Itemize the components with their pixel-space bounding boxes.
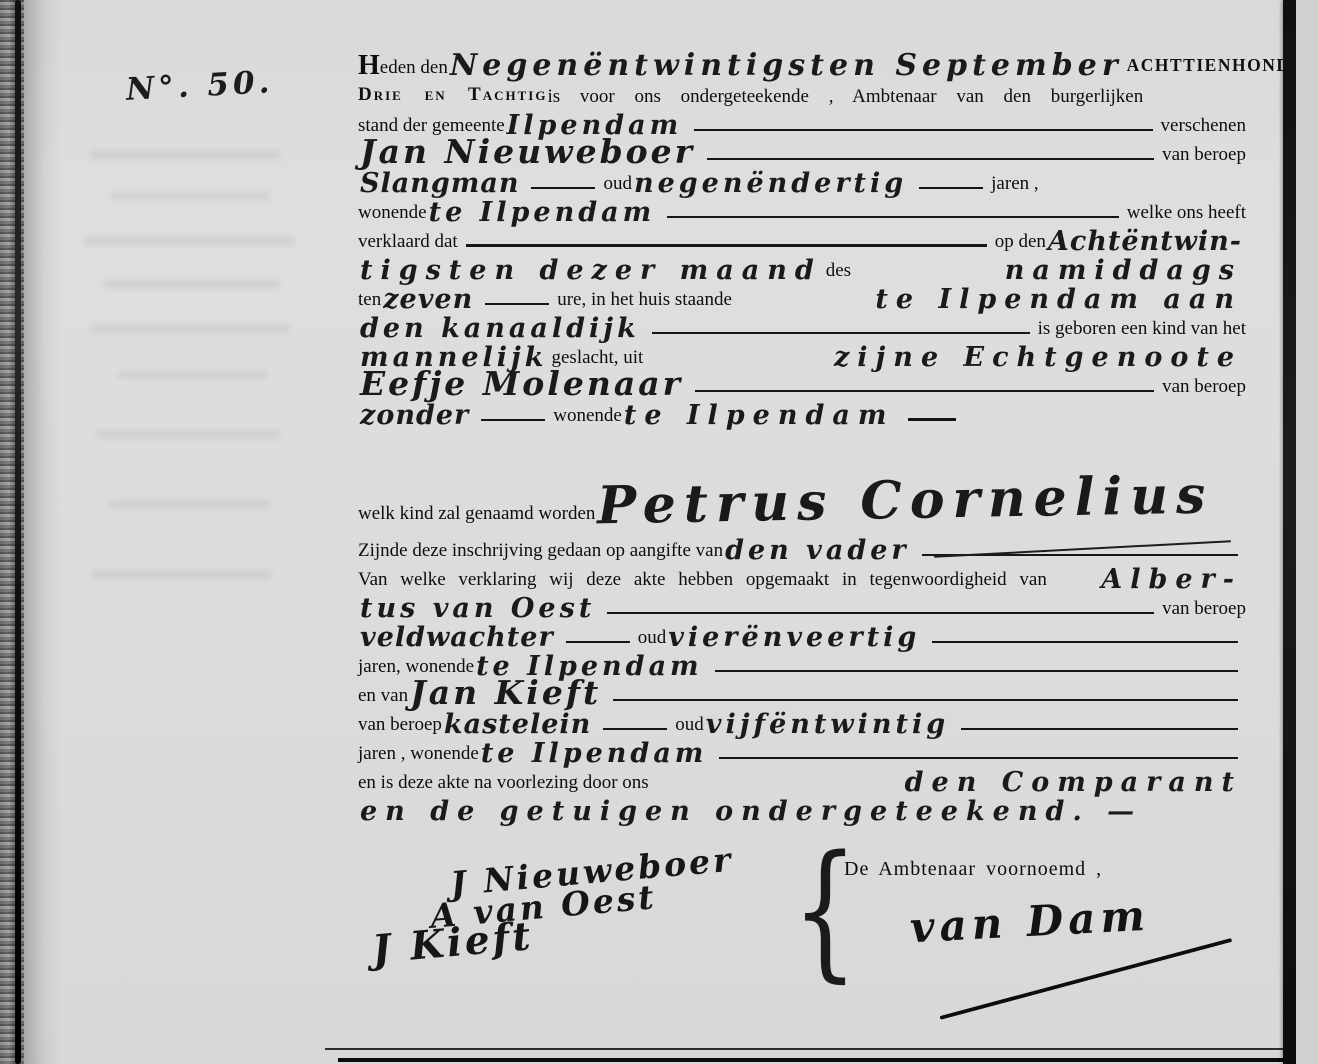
line-filler [694,129,1152,131]
line-filler [922,554,1238,556]
handwritten-text: Jan Nieuweboer [358,135,699,169]
line-filler [667,216,1119,218]
handwritten-text: vierënveertig [666,624,924,652]
line-filler [919,187,983,189]
bleedthrough-mark [118,370,268,379]
line-filler [607,612,1154,614]
printed-text: van beroep [358,715,442,739]
act-line: en de getuigen ondergeteekend. — [358,797,1246,826]
official-signature-area: De Ambtenaar voornoemd , van Dam [844,858,1254,946]
bleedthrough-mark [90,324,290,334]
printed-text: en is deze akte na voorlezing door ons [358,773,649,797]
act-line: Zijnde deze inschrijving gedaan op aangi… [358,536,1246,565]
binding-gutter-line [15,0,21,1064]
act-line: verklaard datop denAchtëntwin- [358,227,1246,256]
birth-certificate-scan: N°. 50. Heden denNegenëntwintigsten Sept… [0,0,1318,1064]
handwritten-text: zijne Echtgenoote [832,344,1246,372]
handwritten-text: vijfëntwintig [704,711,953,739]
line-filler [485,303,549,305]
printed-text: oud [638,628,667,652]
printed-text: verklaard dat [358,232,458,256]
line-filler [613,699,1238,701]
handwritten-text: zeven [381,286,477,314]
line-filler [566,641,630,643]
printed-text: welke ons heeft [1127,203,1246,227]
line-filler [603,728,667,730]
handwritten-text: te Ilpendam [427,199,660,227]
official-signature: van Dam [909,891,1151,952]
act-line: welk kind zal genaamd wordenPetrus Corne… [358,450,1246,528]
act-line: Slangmanoudnegenëndertigjaren , [358,169,1246,198]
act-line: veldwachteroudvierënveertig [358,623,1246,652]
printed-text: ure, in het huis staande [557,290,732,314]
handwritten-text: Jan Kieft [408,676,605,710]
handwritten-text: tus van Oest [358,595,599,623]
witness-signature-list: J NieuweboerA van OestJ Kieft [358,842,758,966]
bleedthrough-mark [110,500,270,509]
bleedthrough-mark [96,430,281,439]
act-line: Drie en Tachtigis voor ons ondergeteeken… [358,82,1246,111]
printed-text: Drie en Tachtig [358,84,547,111]
printed-text: wonende [358,203,427,227]
bleedthrough-mark [92,570,272,579]
printed-text: jaren , wonende [358,744,479,768]
bleedthrough-mark [90,150,280,160]
printed-text: eden den [380,58,448,82]
act-line: Eefje Molenaarvan beroep [358,372,1246,401]
handwritten-text: Alber- [1099,566,1246,594]
printed-text: ten [358,290,381,314]
printed-text: op den [995,232,1046,256]
bottom-rule [338,1058,1291,1062]
bottom-rule [325,1048,1291,1050]
handwritten-text: negenëndertig [632,170,911,198]
printed-text: oud [603,174,632,198]
dash-filler [908,418,956,421]
handwritten-text: en de getuigen ondergeteekend. — [358,798,1146,826]
printed-text: Van welke verklaring wij deze akte hebbe… [358,570,1047,594]
act-line: van beroepkasteleinoudvijfëntwintig [358,710,1246,739]
line-filler [719,757,1238,759]
act-line: tenzevenure, in het huis staandete Ilpen… [358,285,1246,314]
handwritten-text: Achtëntwin- [1046,228,1246,256]
handwritten-text: namiddags [1003,257,1246,285]
handwritten-text: den Comparant [903,769,1246,797]
act-line: en vanJan Kieft [358,681,1246,710]
act-line: tigsten dezer maanddesnamiddags [358,256,1246,285]
gutter-shadow [24,0,62,1064]
handwritten-text: te Ilpendam aan [873,286,1246,314]
official-label: De Ambtenaar voornoemd , [844,858,1254,881]
printed-text: is geboren een kind van het [1038,319,1246,343]
handwritten-text: Petrus Cornelius [595,470,1214,534]
line-filler [466,244,987,247]
printed-text: oud [675,715,704,739]
handwritten-text: te Ilpendam [622,402,899,430]
act-line: jaren , wonendete Ilpendam [358,739,1246,768]
line-filler [481,419,545,421]
line-filler [715,670,1238,672]
handwritten-text: Negenëntwintigsten September [448,51,1127,82]
handwritten-text: den vader [723,537,914,565]
printed-text: wonende [553,406,622,430]
bleedthrough-mark [84,236,294,246]
handwritten-text: zonder [358,402,473,430]
line-filler [531,187,595,189]
handwritten-text: Eefje Molenaar [358,367,687,401]
line-filler [961,728,1238,730]
act-line: den kanaaldijkis geboren een kind van he… [358,314,1246,343]
act-number: N°. 50. [125,64,274,108]
handwritten-text: kastelein [442,711,595,739]
right-page-edge [1296,0,1318,1064]
printed-text: jaren , [991,174,1038,198]
act-line: zonderwonendete Ilpendam [358,401,1246,430]
line-filler [932,641,1238,643]
page-fold-bar [1283,0,1296,1064]
printed-text: verschenen [1161,116,1246,140]
line-filler [652,332,1030,334]
signature-flourish [939,938,1232,1020]
signature-block: J NieuweboerA van OestJ Kieft { De Ambte… [358,842,1258,1022]
line-filler [707,158,1154,160]
act-line: Van welke verklaring wij deze akte hebbe… [358,565,1246,594]
act-line: Heden denNegenëntwintigsten SeptemberAch… [358,46,1246,82]
handwritten-text: veldwachter [358,624,558,652]
printed-text: Zijnde deze inschrijving gedaan op aangi… [358,541,723,565]
bleedthrough-mark [104,280,279,289]
printed-text: des [826,261,851,285]
act-line: wonendete Ilpendamwelke ons heeft [358,198,1246,227]
act-line: en is deze akte na voorlezing door onsde… [358,768,1246,797]
act-line: tus van Oestvan beroep [358,594,1246,623]
printed-text: en van [358,686,408,710]
handwritten-text: Slangman [358,170,523,198]
act-line: Jan Nieuweboervan beroep [358,140,1246,169]
printed-text: van beroep [1162,145,1246,169]
act-text-body: Heden denNegenëntwintigsten SeptemberAch… [358,46,1246,826]
bleedthrough-mark [110,192,270,201]
printed-text: welk kind zal genaamd worden [358,504,595,528]
handwritten-text: tigsten dezer maand [358,257,826,285]
printed-text: is voor ons ondergeteekende , Ambtenaar … [547,87,1143,111]
witness-signature: J Kieft [370,913,535,973]
line-filler [695,390,1154,392]
printed-text: van beroep [1162,377,1246,401]
handwritten-text: te Ilpendam [479,740,712,768]
printed-text: H [358,52,380,82]
printed-text: van beroep [1162,599,1246,623]
handwritten-text: den kanaaldijk [358,315,644,343]
